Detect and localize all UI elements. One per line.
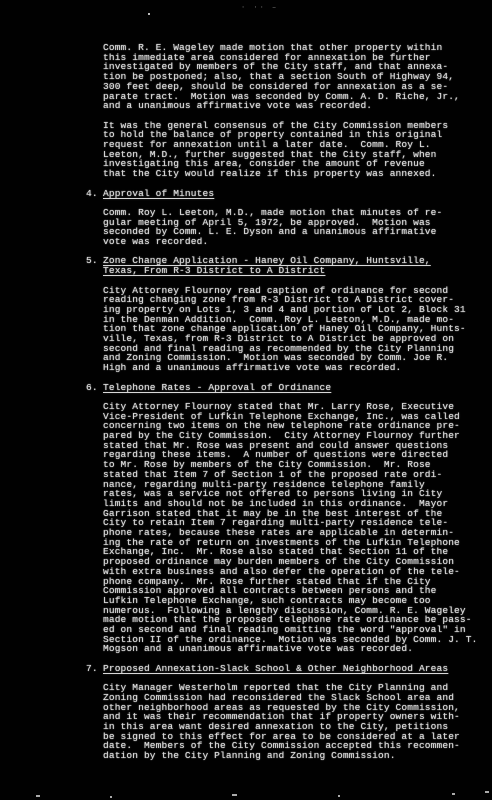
section-heading: Proposed Annexation-Slack School & Other…	[103, 664, 470, 674]
paragraph: Comm. R. E. Wageley made motion that oth…	[103, 43, 470, 111]
minutes-section: 7.Proposed Annexation-Slack School & Oth…	[86, 664, 470, 761]
scan-noise-speck	[110, 796, 112, 798]
section-heading: Telephone Rates - Approval of Ordinance	[103, 383, 477, 393]
section-heading: Zone Change Application - Haney Oil Comp…	[103, 256, 470, 275]
paragraph: City Attorney Flournoy read caption of o…	[103, 286, 470, 373]
scanned-minutes-page: · ·· – Comm. R. E. Wageley made motion t…	[0, 0, 492, 800]
scan-noise-speck	[148, 13, 150, 15]
paragraph: City Manager Westerholm reported that th…	[103, 683, 470, 761]
paragraph: City Attorney Flournoy stated that Mr. L…	[103, 402, 477, 654]
section-number: 4.	[86, 189, 103, 247]
section-content: Telephone Rates - Approval of OrdinanceC…	[103, 383, 477, 655]
section-number: 7.	[86, 664, 103, 761]
minutes-section: 6.Telephone Rates - Approval of Ordinanc…	[86, 383, 470, 655]
minutes-section: 5.Zone Change Application - Haney Oil Co…	[86, 256, 470, 372]
section-heading: Approval of Minutes	[103, 189, 470, 199]
section-number: 5.	[86, 256, 103, 372]
scan-noise-speck	[452, 793, 455, 795]
section-number	[86, 43, 103, 179]
minutes-section: 4.Approval of MinutesComm. Roy L. Leeton…	[86, 189, 470, 247]
faded-page-number: · ·· –	[241, 4, 278, 12]
section-number: 6.	[86, 383, 103, 655]
scan-noise-speck	[338, 795, 340, 797]
paragraph: Comm. Roy L. Leeton, M.D., made motion t…	[103, 208, 470, 247]
scan-noise-speck	[485, 791, 489, 793]
section-content: Comm. R. E. Wageley made motion that oth…	[103, 43, 470, 179]
section-content: Approval of MinutesComm. Roy L. Leeton, …	[103, 189, 470, 247]
scan-noise-speck	[36, 795, 40, 797]
section-content: Zone Change Application - Haney Oil Comp…	[103, 256, 470, 372]
paragraph: It was the general consensus of the City…	[103, 121, 470, 179]
minutes-section: Comm. R. E. Wageley made motion that oth…	[86, 43, 470, 179]
minutes-text-body: Comm. R. E. Wageley made motion that oth…	[86, 43, 470, 771]
section-content: Proposed Annexation-Slack School & Other…	[103, 664, 470, 761]
scan-noise-speck	[232, 794, 237, 796]
